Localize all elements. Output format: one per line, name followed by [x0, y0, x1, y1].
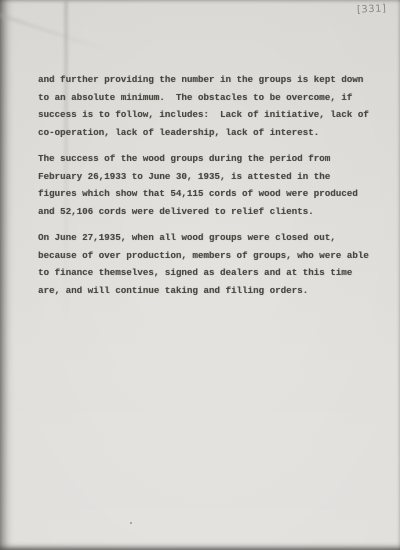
scan-speck — [130, 522, 132, 524]
text-line: and further providing the number in the … — [38, 71, 374, 89]
text-line: success is to follow, includes: Lack of … — [38, 106, 374, 124]
paragraph-obstacles: and further providing the number in the … — [38, 71, 374, 141]
text-line: are, and will continue taking and fillin… — [38, 282, 374, 300]
text-line: because of over production, members of g… — [38, 247, 374, 265]
paragraph-closeout: On June 27,1935, when all wood groups we… — [38, 229, 374, 299]
scanned-document-page: [331] and further providing the number i… — [0, 0, 400, 550]
text-line: co-operation, lack of leadership, lack o… — [38, 124, 374, 142]
typewritten-text-block: and further providing the number in the … — [38, 71, 374, 308]
text-line: and 52,106 cords were delivered to relie… — [38, 203, 374, 221]
text-line: to finance themselves, signed as dealers… — [38, 264, 374, 282]
paragraph-success-figures: The success of the wood groups during th… — [38, 150, 374, 220]
text-line: February 26,1933 to June 30, 1935, is at… — [38, 168, 374, 186]
text-line: to an absolute minimum. The obstacles to… — [38, 89, 374, 107]
text-line: The success of the wood groups during th… — [38, 150, 374, 168]
page-number-annotation: [331] — [356, 3, 386, 16]
text-line: figures which show that 54,115 cords of … — [38, 185, 374, 203]
paper-crease-diagonal — [0, 12, 108, 52]
text-line: On June 27,1935, when all wood groups we… — [38, 229, 374, 247]
